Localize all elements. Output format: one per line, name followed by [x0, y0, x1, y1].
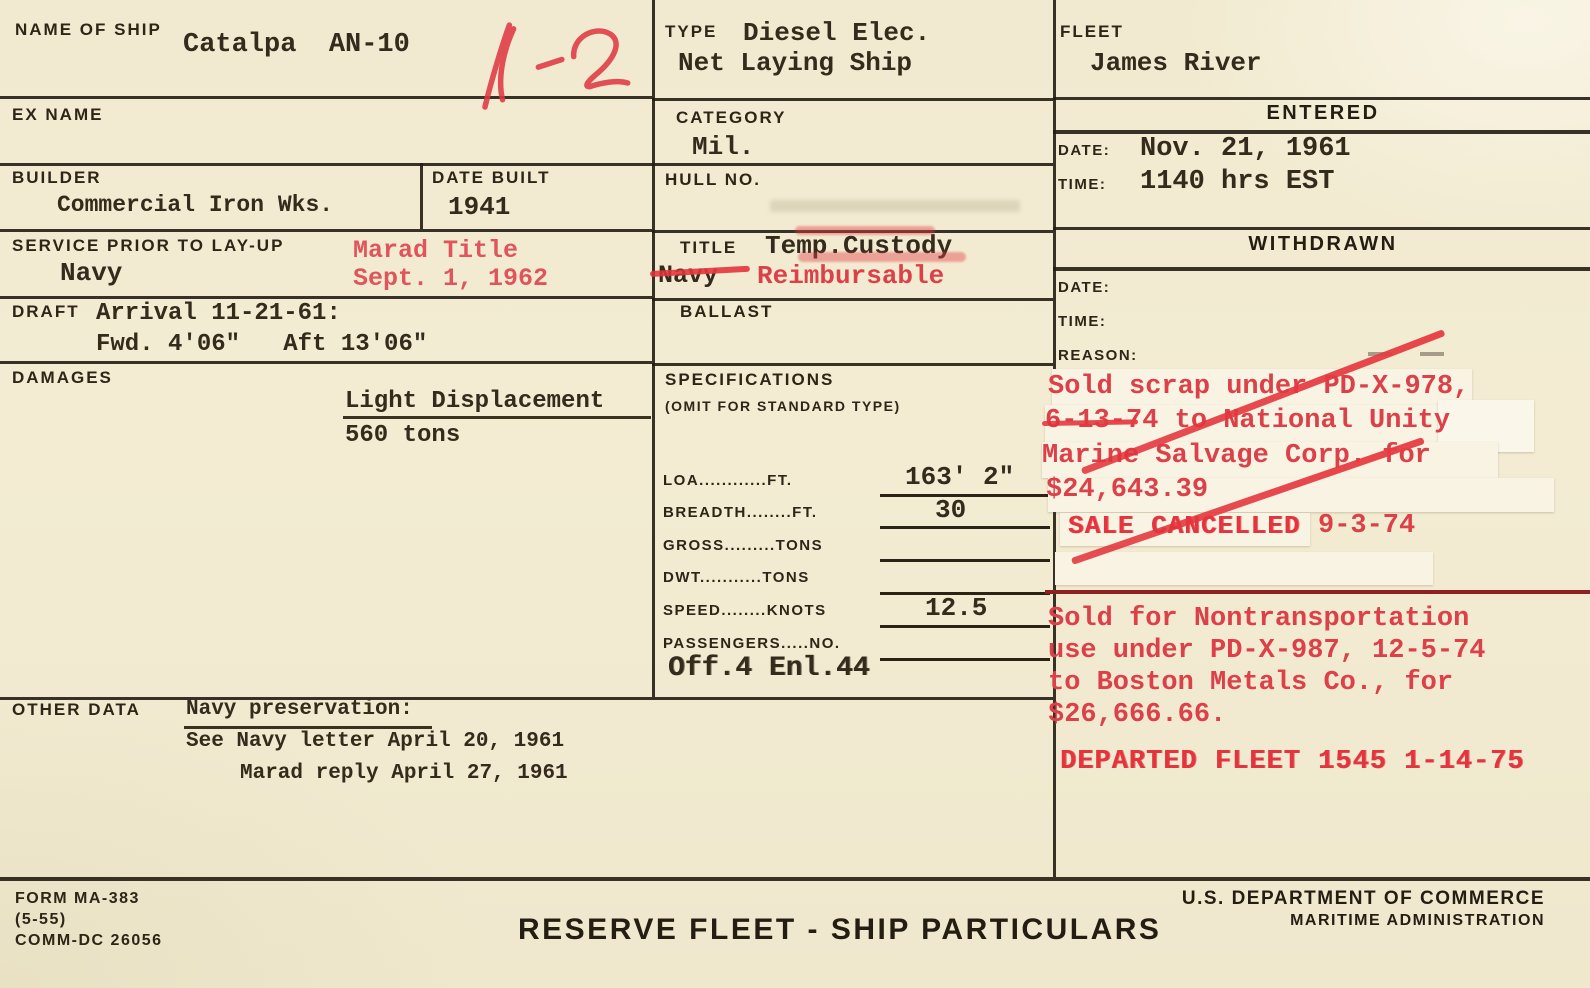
final-sale-line4: $26,666.66.	[1048, 700, 1226, 730]
withdrawn-time-label: TIME:	[1058, 313, 1106, 330]
spec-loa-label: LOA............FT.	[663, 472, 793, 489]
divider-line	[652, 163, 1053, 166]
specifications-label: SPECIFICATIONS	[665, 370, 834, 390]
form-number: FORM MA-383	[15, 890, 140, 908]
entered-date-value: Nov. 21, 1961	[1140, 134, 1351, 164]
spec-breadth-underline	[880, 526, 1050, 529]
category-value: Mil.	[692, 132, 754, 162]
spec-speed-underline	[880, 625, 1050, 628]
departed-fleet-stamp: DEPARTED FLEET 1545 1-14-75	[1060, 747, 1524, 777]
faint-dash	[1420, 352, 1444, 356]
withdrawn-reason-label: REASON:	[1058, 347, 1138, 364]
divider-line	[0, 229, 652, 232]
date-built-label: DATE BUILT	[432, 168, 551, 188]
spec-speed-value: 12.5	[925, 593, 987, 623]
draft-line1: Arrival 11-21-61:	[96, 300, 341, 327]
spec-passengers-label: PASSENGERS.....NO.	[663, 635, 841, 652]
spec-loa-value: 163' 2"	[905, 462, 1014, 492]
divider-line	[0, 361, 652, 364]
draft-label: DRAFT	[12, 302, 80, 322]
withdrawn-date-label: DATE:	[1058, 279, 1110, 296]
spec-gross-label: GROSS.........TONS	[663, 537, 823, 554]
spec-gross-underline	[880, 559, 1050, 562]
damages-underline	[343, 416, 651, 419]
other-data-line2: See Navy letter April 20, 1961	[186, 730, 564, 753]
spec-speed-label: SPEED........KNOTS	[663, 602, 827, 619]
spec-breadth-value: 30	[935, 495, 966, 525]
cancelled-sale-line4: $24,643.39	[1046, 475, 1208, 505]
other-data-line3: Marad reply April 27, 1961	[240, 762, 568, 785]
name-of-ship-value: Catalpa AN-10	[183, 30, 410, 60]
other-data-line1: Navy preservation:	[186, 698, 413, 721]
entered-date-label: DATE:	[1058, 142, 1110, 159]
spec-breadth-label: BREADTH........FT.	[663, 504, 818, 521]
fleet-label: FLEET	[1060, 22, 1124, 42]
type-label: TYPE	[665, 22, 717, 42]
spec-passengers-underline	[880, 658, 1050, 661]
builder-value: Commercial Iron Wks.	[57, 192, 333, 218]
final-sale-line1: Sold for Nontransportation	[1048, 604, 1469, 634]
withdrawn-header: WITHDRAWN	[1056, 233, 1590, 256]
date-built-value: 1941	[448, 192, 510, 222]
fleet-value: James River	[1090, 48, 1262, 78]
divider-line	[652, 363, 1053, 366]
final-sale-line2: use under PD-X-987, 12-5-74	[1048, 636, 1485, 666]
specifications-sublabel: (OMIT FOR STANDARD TYPE)	[665, 398, 901, 414]
form-revision: (5-55)	[15, 911, 67, 929]
divider-line	[1053, 267, 1590, 271]
divider-line	[0, 697, 1053, 700]
red-smear	[795, 226, 935, 235]
hull-no-label: HULL NO.	[665, 170, 761, 190]
name-of-ship-label: NAME OF SHIP	[15, 20, 162, 40]
spec-passengers-detail: Off.4 Enl.44	[668, 653, 870, 684]
sale-cancelled-date: 9-3-74	[1318, 511, 1415, 541]
divider-line	[0, 296, 652, 299]
handwritten-note-n2	[457, 7, 653, 115]
entered-time-label: TIME:	[1058, 176, 1106, 193]
card-title: RESERVE FLEET - SHIP PARTICULARS	[518, 913, 1161, 947]
type-line2: Net Laying Ship	[678, 48, 912, 78]
ballast-label: BALLAST	[680, 302, 773, 322]
final-sale-line3: to Boston Metals Co., for	[1048, 668, 1453, 698]
dark-red-rule	[1045, 590, 1590, 594]
entered-time-value: 1140 hrs EST	[1140, 167, 1334, 197]
damages-label: DAMAGES	[12, 368, 113, 388]
column-divider	[652, 0, 655, 697]
title-red-value: Reimbursable	[757, 261, 944, 291]
builder-datebuilt-divider	[420, 163, 423, 229]
draft-line2: Fwd. 4'06" Aft 13'06"	[96, 331, 427, 358]
form-code: COMM-DC 26056	[15, 932, 163, 950]
service-prior-label: SERVICE PRIOR TO LAY-UP	[12, 236, 284, 256]
damages-line2: 560 tons	[345, 422, 460, 449]
title-label: TITLE	[680, 238, 737, 258]
spec-dwt-label: DWT...........TONS	[663, 569, 810, 586]
marad-title-note-line1: Marad Title	[353, 236, 518, 265]
entered-header: ENTERED	[1056, 102, 1590, 125]
damages-line1: Light Displacement	[345, 388, 604, 415]
divider-line	[0, 163, 652, 166]
divider-line	[652, 298, 1053, 301]
cancelled-sale-line1: Sold scrap under PD-X-978,	[1048, 372, 1469, 402]
builder-label: BUILDER	[12, 168, 102, 188]
service-prior-value: Navy	[60, 258, 122, 288]
divider-line	[1053, 227, 1590, 230]
type-line1: Diesel Elec.	[743, 18, 930, 48]
divider-line	[1053, 97, 1590, 100]
other-data-underline	[184, 726, 432, 729]
agency-line2: MARITIME ADMINISTRATION	[1150, 912, 1545, 930]
card-bottom-border	[0, 877, 1590, 881]
marad-title-note-line2: Sept. 1, 1962	[353, 264, 548, 293]
ex-name-label: EX NAME	[12, 105, 103, 125]
other-data-label: OTHER DATA	[12, 700, 141, 720]
correction-tape-blank	[1055, 552, 1433, 585]
agency-line1: U.S. DEPARTMENT OF COMMERCE	[1150, 888, 1545, 910]
ship-particulars-card: NAME OF SHIP Catalpa AN-10 EX NAME BUILD…	[0, 0, 1590, 988]
category-label: CATEGORY	[676, 108, 786, 128]
erased-text-smudge	[770, 200, 1020, 212]
divider-line	[652, 98, 1053, 101]
